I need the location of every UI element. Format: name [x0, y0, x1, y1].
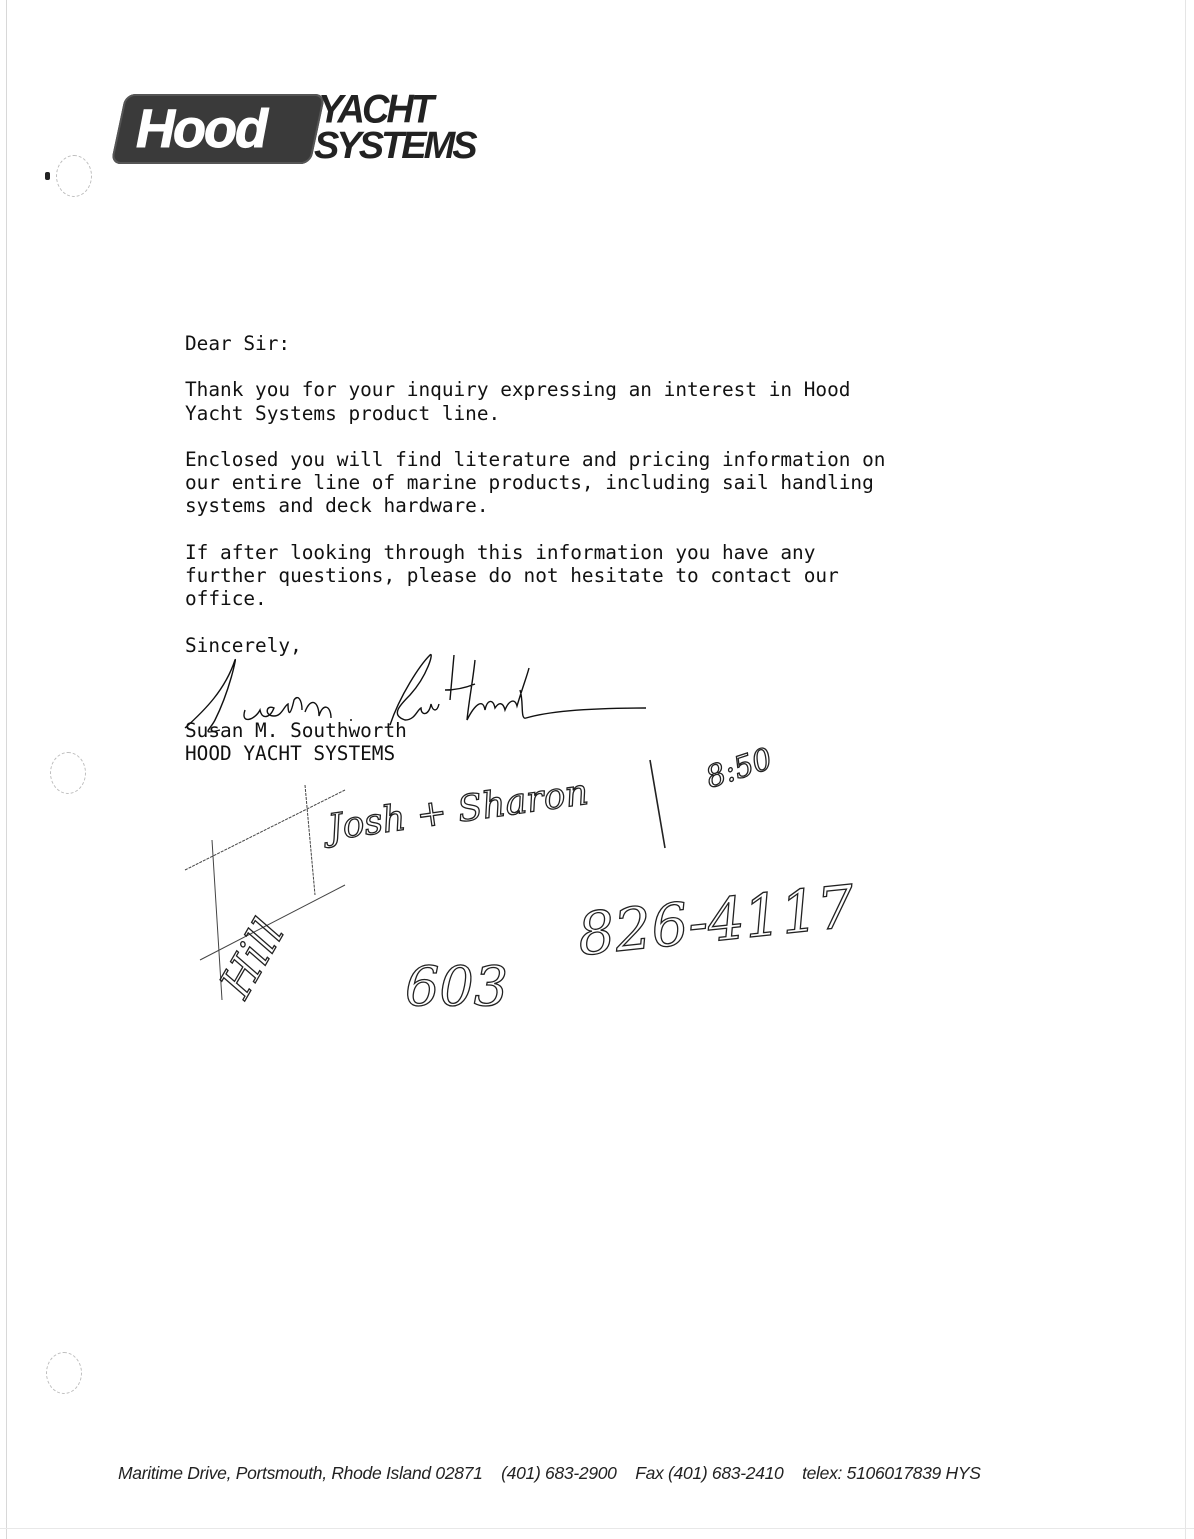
letterhead-footer: Maritime Drive, Portsmouth, Rhode Island…: [118, 1463, 995, 1484]
paragraph: If after looking through this informatio…: [185, 541, 1065, 611]
logo-line1: YACHT: [318, 91, 431, 129]
scan-edge-left: [6, 0, 7, 1539]
hole-punch-mark: [50, 752, 86, 794]
scan-edge-right: [1185, 0, 1186, 1539]
scan-edge-bottom: [0, 1528, 1194, 1529]
handwritten-surname: Hill: [210, 911, 295, 1007]
letter-page: Hood YACHT SYSTEMS Dear Sir: Thank you f…: [0, 0, 1194, 1539]
footer-telex: telex: 5106017839 HYS: [802, 1463, 981, 1483]
handwritten-amount: 8:50: [702, 742, 777, 796]
handwritten-annotations: Hill Josh + Sharon 603 826-4117 8:50: [180, 730, 940, 1030]
footer-phone: (401) 683-2900: [501, 1463, 616, 1483]
footer-fax: Fax (401) 683-2410: [635, 1463, 783, 1483]
handwritten-area-code: 603: [405, 955, 508, 1018]
handwritten-phone: 826-4117: [574, 872, 858, 969]
salutation: Dear Sir:: [185, 332, 1065, 355]
handwritten-names: Josh + Sharon: [319, 772, 591, 850]
hole-punch-dot: [45, 172, 50, 180]
logo-brand-text: Hood: [136, 98, 266, 160]
hole-punch-mark: [56, 155, 92, 197]
paragraph: Thank you for your inquiry expressing an…: [185, 378, 1065, 424]
company-logo: Hood YACHT SYSTEMS: [118, 92, 498, 172]
logo-line2: SYSTEMS: [314, 128, 475, 164]
footer-address: Maritime Drive, Portsmouth, Rhode Island…: [118, 1463, 483, 1483]
paragraph: Enclosed you will find literature and pr…: [185, 448, 1065, 518]
hole-punch-mark: [46, 1352, 82, 1394]
